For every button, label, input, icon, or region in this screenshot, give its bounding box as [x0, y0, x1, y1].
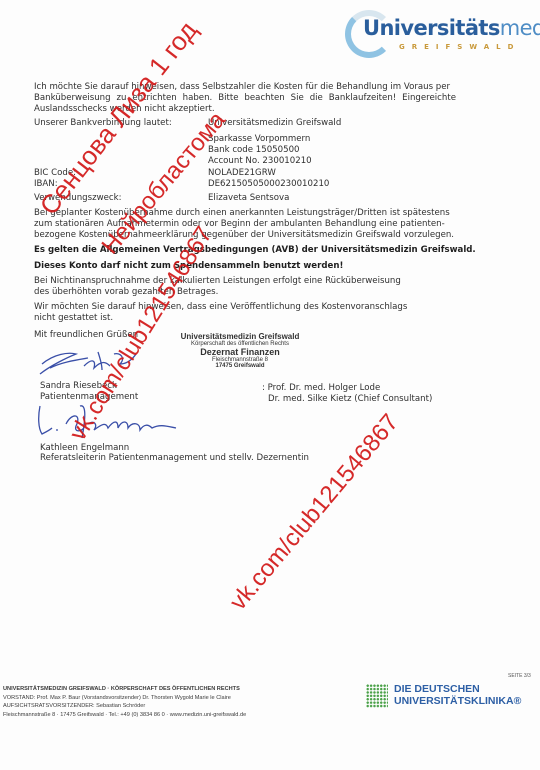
logo-subtitle: GREIFSWALD [399, 43, 520, 51]
purpose-value: Elizaveta Sentsova [208, 193, 289, 204]
annotation-link-2: vk.com/club121546867 [225, 409, 405, 616]
footer-line-4: Fleischmannstraße 8 · 17475 Greifswald ·… [3, 711, 246, 720]
cc-line-2: Dr. med. Silke Kietz (Chief Consultant) [268, 394, 432, 405]
logo-name-bold: Universitäts [363, 16, 500, 40]
stamp-line-1: Universitätsmedizin Greifswald [170, 332, 310, 341]
publish-line-2: nicht gestattet ist. [34, 313, 113, 324]
footer-line-3: AUFSICHTSRATSVORSITZENDER: Sebastian Sch… [3, 702, 246, 711]
logo-name: Universitätsmedizin [363, 16, 540, 40]
signature-engelmann-icon [36, 402, 206, 442]
refund-line-2: des überhöhten vorab gezahlten Betrages. [34, 287, 218, 298]
bank-line-4: Account No. 230010210 [208, 156, 312, 167]
signatory-2-role: Referatsleiterin Patientenmanagement und… [40, 453, 309, 464]
bank-line-2: Sparkasse Vorpommern [208, 134, 310, 145]
footer-line-2: VORSTAND: Prof. Max P. Baur (Vorstandsvo… [3, 694, 246, 703]
partner-line-2: UNIVERSITÄTSKLINIKA® [394, 696, 521, 708]
page-number: SEITE 3/3 [508, 673, 531, 679]
official-stamp: Universitätsmedizin Greifswald Körpersch… [170, 332, 310, 369]
partner-line-1: DIE DEUTSCHEN [394, 684, 521, 696]
universitaetsmedizin-logo: Universitätsmedizin GREIFSWALD [345, 8, 535, 60]
bic-value: NOLADE21GRW [208, 168, 276, 179]
footer-info: UNIVERSITÄTSMEDIZIN GREIFSWALD · KÖRPERS… [3, 685, 246, 719]
avb-notice: Es gelten die Allgemeinen Vertragsbeding… [34, 245, 476, 256]
intro-line-2: Banküberweisung zu entrichten haben. Bit… [34, 93, 456, 104]
footer-line-1: UNIVERSITÄTSMEDIZIN GREIFSWALD · KÖRPERS… [3, 685, 246, 694]
cc-line-1: : Prof. Dr. med. Holger Lode [262, 383, 380, 394]
logo-name-light: medizin [500, 16, 540, 40]
intro-line-1: Ich möchte Sie darauf hinweisen, dass Se… [34, 82, 450, 93]
germany-dots-icon [366, 684, 388, 708]
bank-line-3: Bank code 15050500 [208, 145, 300, 156]
partner-logo-text: DIE DEUTSCHEN UNIVERSITÄTSKLINIKA® [394, 684, 521, 707]
cost-line-2: zum stationären Aufnahmetermin oder vor … [34, 219, 445, 230]
refund-line-1: Bei Nichtinanspruchnahme der kalkulierte… [34, 276, 401, 287]
iban-value: DE62150505000230010210 [208, 179, 329, 190]
deutsche-universitaetsklinika-logo: DIE DEUTSCHEN UNIVERSITÄTSKLINIKA® [366, 680, 536, 720]
publish-line-1: Wir möchten Sie darauf hinweisen, dass e… [34, 302, 407, 313]
stamp-line-3: Dezernat Finanzen [170, 347, 310, 357]
stamp-line-5: 17475 Greifswald [170, 363, 310, 369]
cost-line-1: Bei geplanter Kostenübernahme durch eine… [34, 208, 450, 219]
